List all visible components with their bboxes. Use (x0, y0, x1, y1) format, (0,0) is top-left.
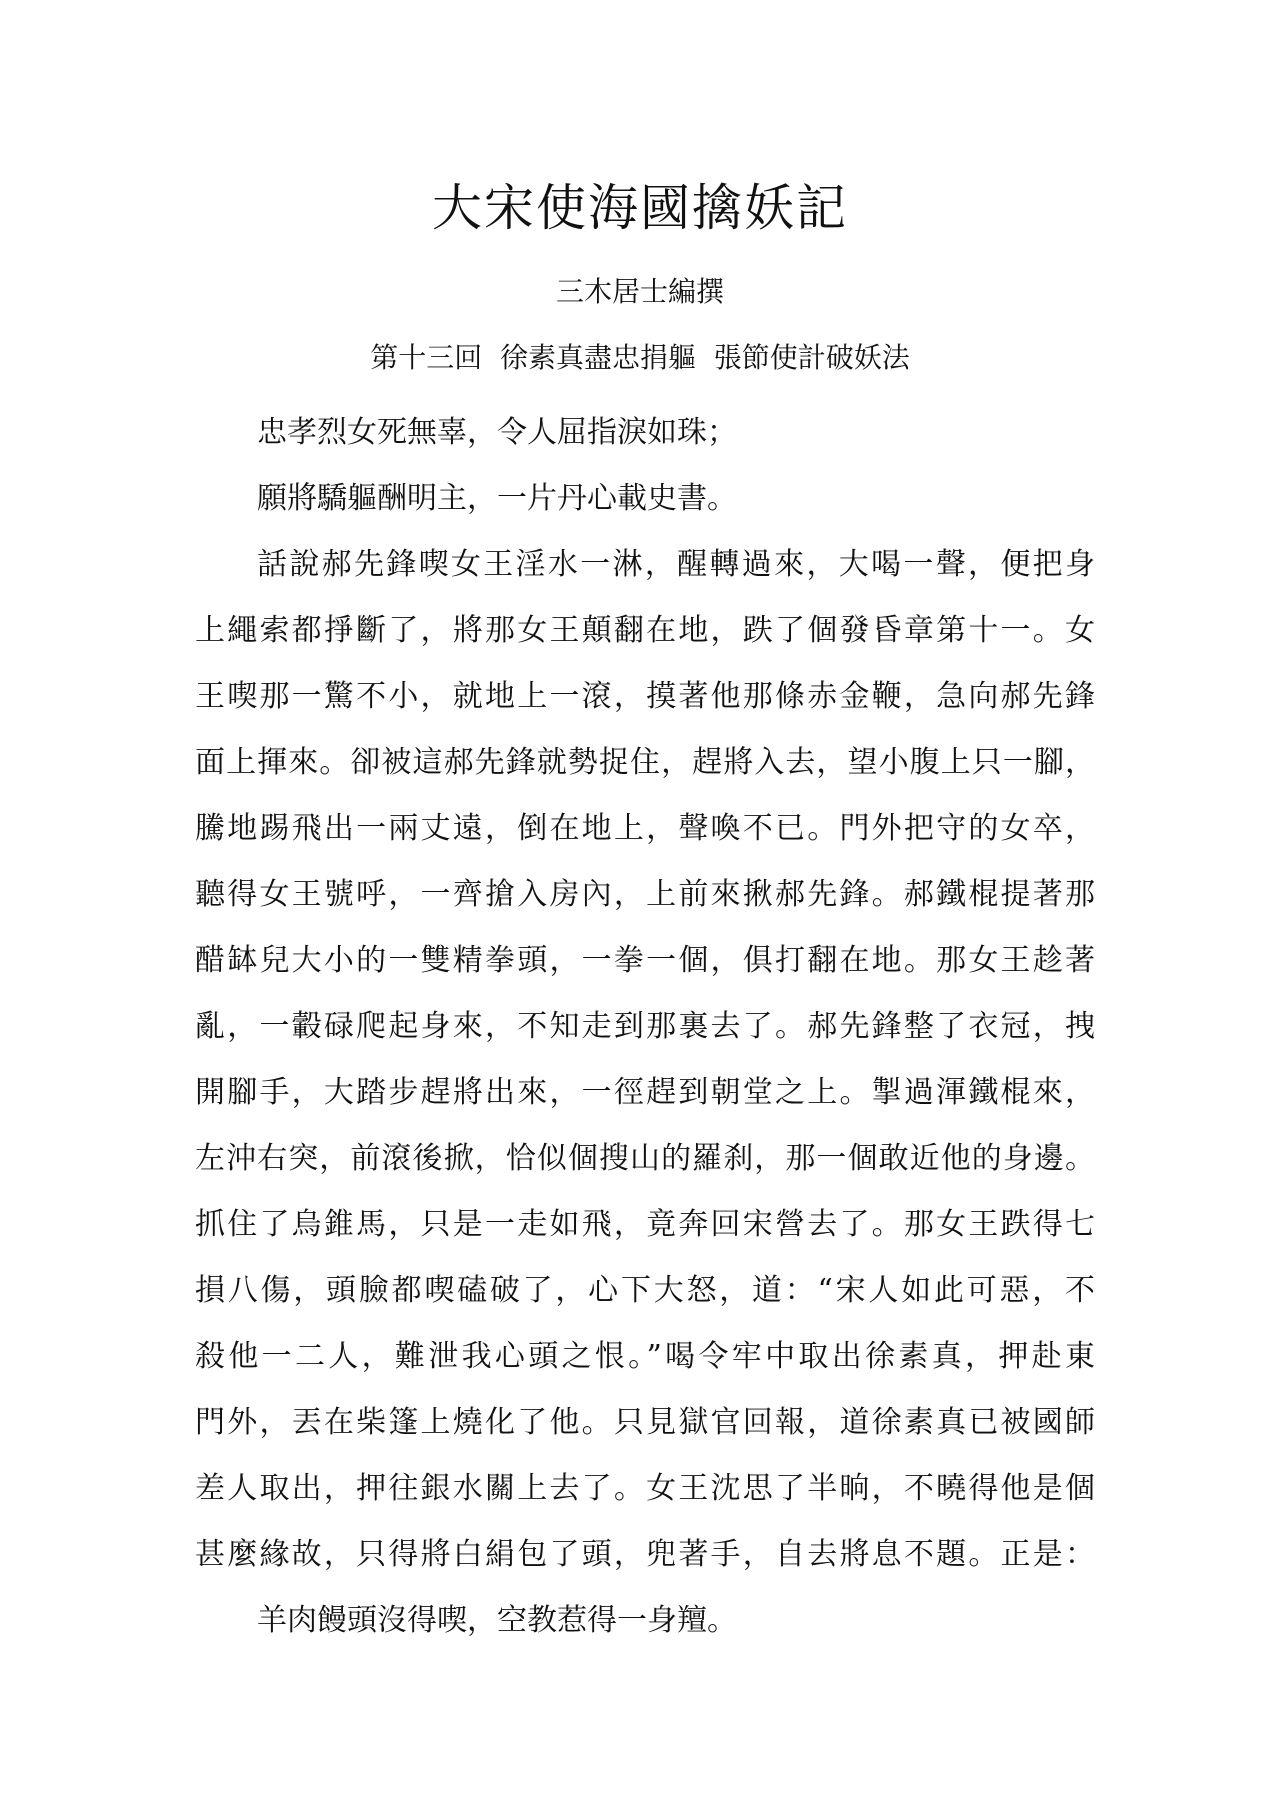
paragraph-line: 殺他一二人，難泄我心頭之恨。”喝令牢中取出徐素真，押赴東 (195, 1324, 1095, 1390)
paragraph-line: 面上揮來。卻被這郝先鋒就勢捉住，趕將入去，望小腹上只一腳， (195, 730, 1095, 796)
paragraph-line: 差人取出，押往銀水關上去了。女王沈思了半晌，不曉得他是個 (195, 1456, 1095, 1522)
paragraph-line: 亂，一轂碌爬起身來，不知走到那裏去了。郝先鋒整了衣冠，拽 (195, 994, 1095, 1060)
paragraph-line: 門外，丟在柴篷上燒化了他。只見獄官回報，道徐素真已被國師 (195, 1390, 1095, 1456)
paragraph-line: 醋缽兒大小的一雙精拳頭，一拳一個，俱打翻在地。那女王趁著 (195, 928, 1095, 994)
paragraph-line: 王喫那一驚不小，就地上一滾，摸著他那條赤金鞭，急向郝先鋒 (195, 664, 1095, 730)
paragraph-line: 抓住了烏錐馬，只是一走如飛，竟奔回宋營去了。那女王跌得七 (195, 1192, 1095, 1258)
book-title: 大宋使海國擒妖記 (0, 172, 1280, 244)
chapter-heading: 第十三回 徐素真盡忠捐軀 張節使計破妖法 (0, 338, 1280, 378)
paragraph-line: 開腳手，大踏步趕將出來，一徑趕到朝堂之上。掣過渾鐵棍來， (195, 1060, 1095, 1126)
poem-line: 願將驕軀酬明主，一片丹心載史書。 (195, 466, 1095, 532)
poem-line: 忠孝烈女死無辜，令人屈指淚如珠； (195, 400, 1095, 466)
paragraph-line: 話說郝先鋒喫女王淫水一淋，醒轉過來，大喝一聲，便把身 (195, 532, 1095, 598)
paragraph-line: 聽得女王號呼，一齊搶入房內，上前來揪郝先鋒。郝鐵棍提著那 (195, 862, 1095, 928)
author-line: 三木居士編撰 (0, 272, 1280, 312)
paragraph-line: 甚麼緣故，只得將白絹包了頭，兜著手，自去將息不題。正是： (195, 1522, 1095, 1588)
document-page: 大宋使海國擒妖記 三木居士編撰 第十三回 徐素真盡忠捐軀 張節使計破妖法 忠孝烈… (0, 0, 1280, 1810)
paragraph-line: 騰地踢飛出一兩丈遠，倒在地上，聲喚不已。門外把守的女卒， (195, 796, 1095, 862)
paragraph-line: 損八傷，頭臉都喫磕破了，心下大怒，道：“宋人如此可惡，不 (195, 1258, 1095, 1324)
paragraph-line: 左沖右突，前滾後掀，恰似個搜山的羅刹，那一個敢近他的身邊。 (195, 1126, 1095, 1192)
body-text: 忠孝烈女死無辜，令人屈指淚如珠； 願將驕軀酬明主，一片丹心載史書。 話說郝先鋒喫… (195, 400, 1095, 1654)
closing-verse: 羊肉饅頭沒得喫，空教惹得一身羶。 (195, 1588, 1095, 1654)
paragraph-line: 上繩索都掙斷了，將那女王顛翻在地，跌了個發昏章第十一。女 (195, 598, 1095, 664)
